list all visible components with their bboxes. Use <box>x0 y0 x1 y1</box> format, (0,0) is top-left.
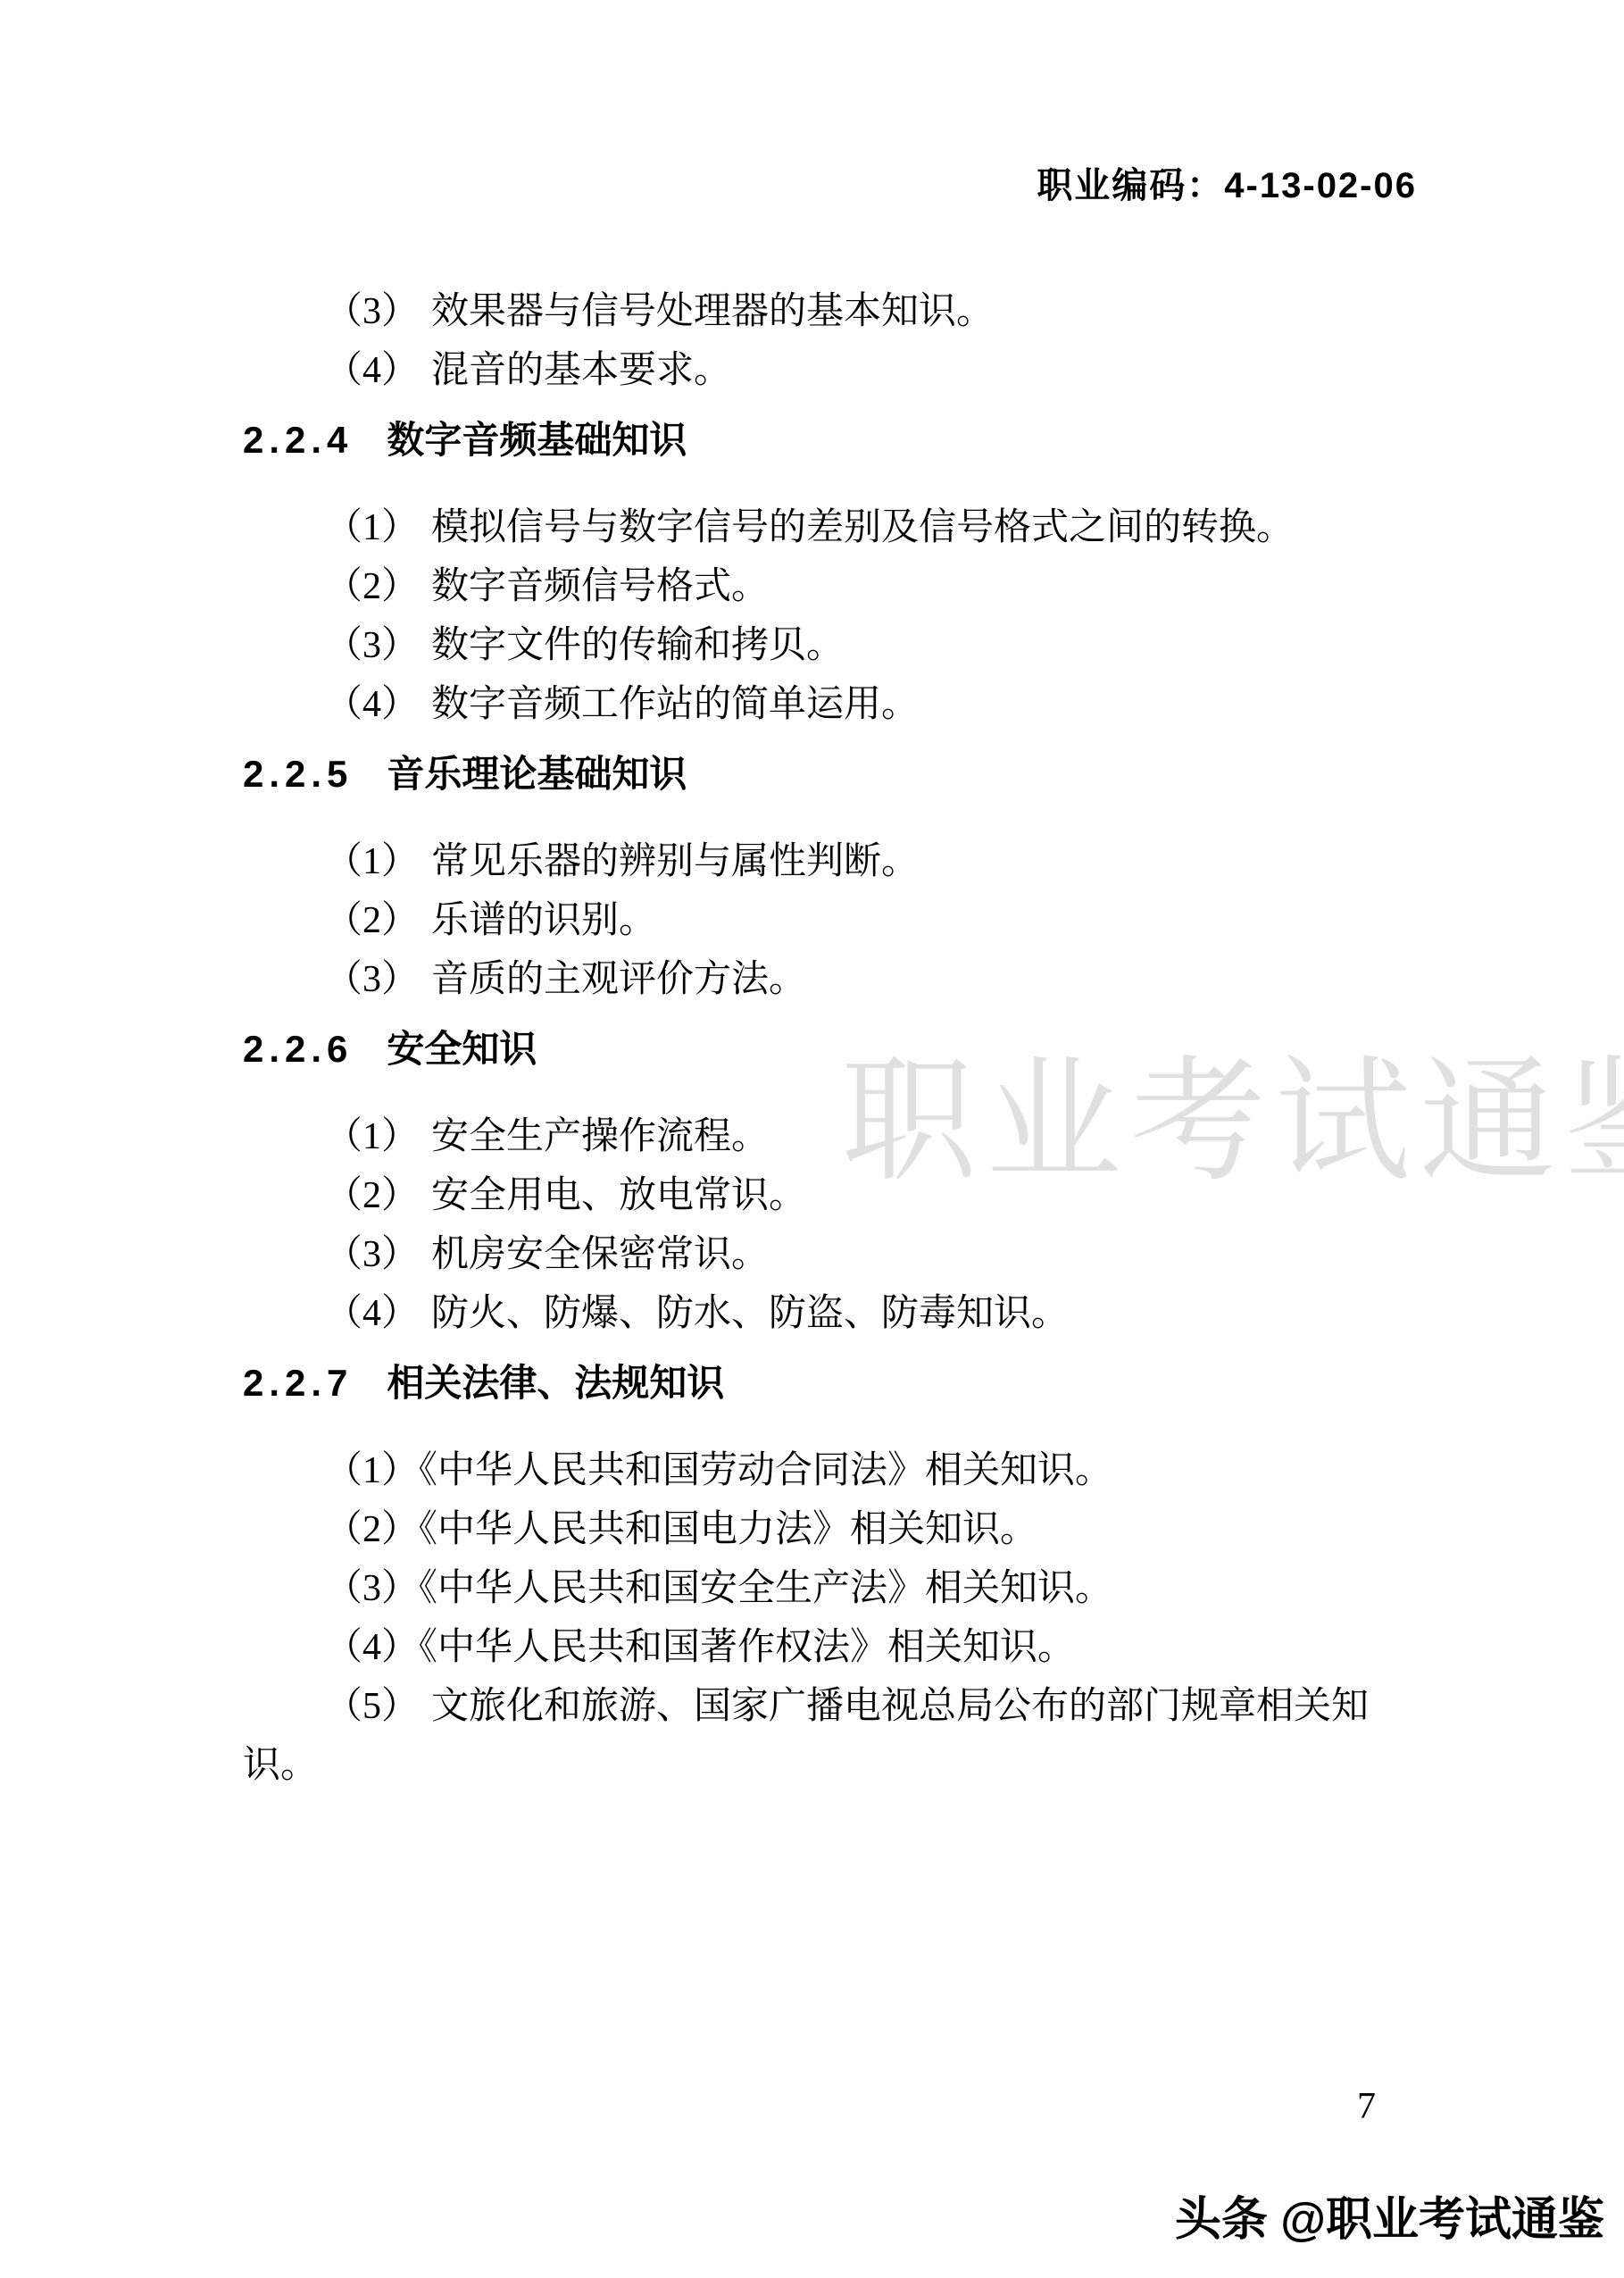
list-item: （4）防火、防爆、防水、防盗、防毒知识。 <box>243 1293 1493 1334</box>
section-number: 2.2.4 <box>243 419 353 461</box>
list-item-text: 混音的基本要求。 <box>431 350 731 391</box>
list-item-text: 数字文件的传输和拷贝。 <box>431 625 844 666</box>
list-item-text: 数字音频信号格式。 <box>431 566 769 607</box>
list-item: （3）数字文件的传输和拷贝。 <box>243 625 1493 666</box>
list-item-marker: （3） <box>325 625 419 666</box>
list-item-text: 《中华人民共和国电力法》相关知识。 <box>419 1509 1037 1550</box>
footer-credit: 头条 @职业考试通鉴 <box>1175 2193 1604 2247</box>
list-item: （1）模拟信号与数字信号的差别及信号格式之间的转换。 <box>243 507 1493 548</box>
continuation-line: 识。 <box>243 1745 1493 1786</box>
list-item: （3）《中华人民共和国安全生产法》相关知识。 <box>243 1568 1493 1609</box>
list-item-marker: （1） <box>325 1450 419 1491</box>
list-item-text: 《中华人民共和国安全生产法》相关知识。 <box>419 1568 1112 1609</box>
list-item-marker: （1） <box>325 841 419 882</box>
list-item: （2）《中华人民共和国电力法》相关知识。 <box>243 1509 1493 1550</box>
list-item: （3）机房安全保密常识。 <box>243 1234 1493 1275</box>
list-item: （2）数字音频信号格式。 <box>243 566 1493 607</box>
list-item: （1）安全生产操作流程。 <box>243 1116 1493 1157</box>
list-item-marker: （1） <box>325 1116 419 1157</box>
list-item-text: 文旅化和旅游、国家广播电视总局公布的部门规章相关知 <box>431 1686 1369 1727</box>
occupation-code-header: 职业编码：4-13-02-06 <box>1037 157 1417 208</box>
list-item: （3）效果器与信号处理器的基本知识。 <box>243 291 1493 332</box>
list-item-text: 防火、防爆、防水、防盗、防毒知识。 <box>431 1293 1069 1334</box>
list-item-text: 效果器与信号处理器的基本知识。 <box>431 291 994 332</box>
list-item-marker: （1） <box>325 507 419 548</box>
list-item-text: 安全用电、放电常识。 <box>431 1175 806 1216</box>
list-item-marker: （5） <box>325 1686 419 1727</box>
list-item-text: 《中华人民共和国劳动合同法》相关知识。 <box>419 1450 1112 1491</box>
list-item: （4）混音的基本要求。 <box>243 350 1493 391</box>
list-item-text: 音质的主观评价方法。 <box>431 959 806 1000</box>
section-title: 相关法律、法规知识 <box>387 1362 724 1404</box>
document-body: （3）效果器与信号处理器的基本知识。（4）混音的基本要求。2.2.4数字音频基础… <box>243 291 1493 1804</box>
list-item-marker: （3） <box>325 959 419 1000</box>
section-heading: 2.2.4数字音频基础知识 <box>243 420 1493 461</box>
list-item: （5）文旅化和旅游、国家广播电视总局公布的部门规章相关知 <box>243 1686 1493 1727</box>
list-item: （3）音质的主观评价方法。 <box>243 959 1493 1000</box>
list-item-marker: （2） <box>325 1509 419 1550</box>
page-number: 7 <box>1357 2086 1376 2127</box>
section-number: 2.2.5 <box>243 753 353 795</box>
list-item-text: 《中华人民共和国著作权法》相关知识。 <box>419 1627 1075 1668</box>
section-number: 2.2.6 <box>243 1028 353 1070</box>
list-item-marker: （2） <box>325 566 419 607</box>
list-item-marker: （4） <box>325 1293 419 1334</box>
document-page: 职业编码：4-13-02-06 职业考试通鉴 （3）效果器与信号处理器的基本知识… <box>0 0 1624 2278</box>
list-item: （1）常见乐器的辨别与属性判断。 <box>243 841 1493 882</box>
list-item-text: 乐谱的识别。 <box>431 900 656 941</box>
list-item: （4）数字音频工作站的简单运用。 <box>243 684 1493 725</box>
section-heading: 2.2.6安全知识 <box>243 1029 1493 1070</box>
section-number: 2.2.7 <box>243 1362 353 1404</box>
section-heading: 2.2.7相关法律、法规知识 <box>243 1363 1493 1404</box>
list-item-marker: （4） <box>325 1627 419 1668</box>
list-item-text: 模拟信号与数字信号的差别及信号格式之间的转换。 <box>431 507 1294 548</box>
section-title: 音乐理论基础知识 <box>387 753 687 795</box>
section-title: 安全知识 <box>387 1028 537 1070</box>
section-heading: 2.2.5音乐理论基础知识 <box>243 754 1493 795</box>
list-item-text: 常见乐器的辨别与属性判断。 <box>431 841 919 882</box>
list-item: （2）乐谱的识别。 <box>243 900 1493 941</box>
list-item-marker: （4） <box>325 350 419 391</box>
list-item: （2）安全用电、放电常识。 <box>243 1175 1493 1216</box>
list-item-text: 安全生产操作流程。 <box>431 1116 769 1157</box>
list-item-marker: （2） <box>325 900 419 941</box>
list-item-marker: （3） <box>325 291 419 332</box>
list-item-marker: （3） <box>325 1234 419 1275</box>
list-item-marker: （2） <box>325 1175 419 1216</box>
list-item-marker: （3） <box>325 1568 419 1609</box>
list-item-text: 数字音频工作站的简单运用。 <box>431 684 919 725</box>
list-item-text: 机房安全保密常识。 <box>431 1234 769 1275</box>
section-title: 数字音频基础知识 <box>387 419 687 461</box>
list-item: （4）《中华人民共和国著作权法》相关知识。 <box>243 1627 1493 1668</box>
list-item-marker: （4） <box>325 684 419 725</box>
list-item: （1）《中华人民共和国劳动合同法》相关知识。 <box>243 1450 1493 1491</box>
